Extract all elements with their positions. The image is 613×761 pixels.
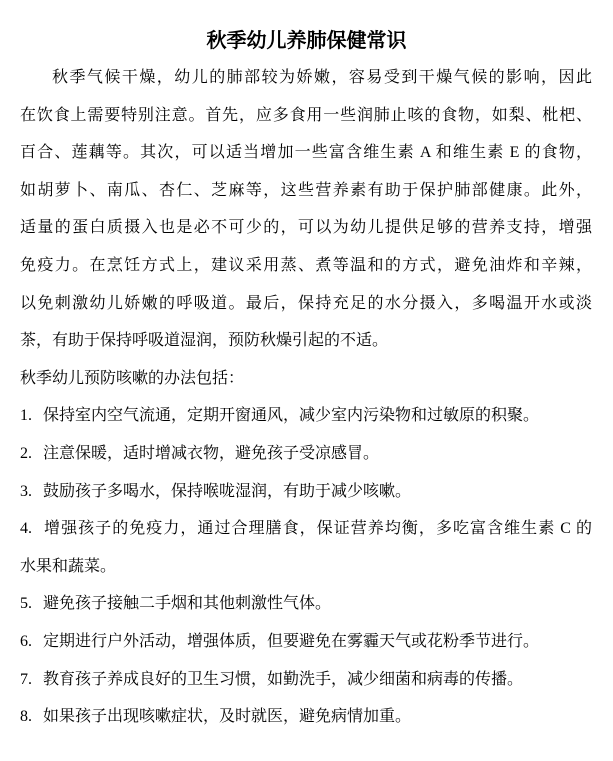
list-item: 2.注意保暖，适时增减衣物，避免孩子受凉感冒。: [20, 435, 592, 473]
list-item-text: 避免孩子接触二手烟和其他刺激性气体。: [43, 595, 331, 612]
list-item-text: 教育孩子养成良好的卫生习惯，如勤洗手，减少细菌和病毒的传播。: [43, 671, 523, 688]
list-item-number: 6.: [20, 623, 43, 661]
list-item-line: 4.增强孩子的免疫力，通过合理膳食，保证营养均衡，多吃富含维生素 C 的: [20, 510, 592, 548]
paragraph-line: 如胡萝卜、南瓜、杏仁、芝麻等，这些营养素有助于保护肺部健康。此外，: [20, 172, 592, 210]
list-item: 4.增强孩子的免疫力，通过合理膳食，保证营养均衡，多吃富含维生素 C 的 水果和…: [20, 510, 592, 585]
list-item: 3.鼓励孩子多喝水，保持喉咙湿润，有助于减少咳嗽。: [20, 473, 592, 511]
list-item: 5.避免孩子接触二手烟和其他刺激性气体。: [20, 585, 592, 623]
document-body: 秋季气候干燥，幼儿的肺部较为娇嫩，容易受到干燥气候的影响，因此 在饮食上需要特别…: [20, 59, 592, 736]
intro-paragraph: 秋季气候干燥，幼儿的肺部较为娇嫩，容易受到干燥气候的影响，因此 在饮食上需要特别…: [20, 59, 592, 360]
list-item-continuation: 水果和蔬菜。: [20, 548, 592, 586]
list-item-number: 3.: [20, 473, 43, 511]
list-item-number: 7.: [20, 661, 43, 699]
list-item-text: 定期进行户外活动，增强体质，但要避免在雾霾天气或花粉季节进行。: [43, 633, 539, 650]
list-item: 1.保持室内空气流通，定期开窗通风，减少室内污染物和过敏原的积聚。: [20, 397, 592, 435]
list-item-text: 注意保暖，适时增减衣物，避免孩子受凉感冒。: [43, 445, 379, 462]
document-page: 秋季幼儿养肺保健常识 秋季气候干燥，幼儿的肺部较为娇嫩，容易受到干燥气候的影响，…: [0, 0, 613, 761]
list-item-number: 4.: [20, 510, 43, 548]
list-item-text: 如果孩子出现咳嗽症状，及时就医，避免病情加重。: [43, 708, 411, 725]
list-item-number: 1.: [20, 397, 43, 435]
paragraph-line: 免疫力。在烹饪方式上，建议采用蒸、煮等温和的方式，避免油炸和辛辣，: [20, 247, 592, 285]
document-title: 秋季幼儿养肺保健常识: [0, 0, 613, 53]
list-item: 7.教育孩子养成良好的卫生习惯，如勤洗手，减少细菌和病毒的传播。: [20, 661, 592, 699]
list-item-number: 2.: [20, 435, 43, 473]
paragraph-line: 秋季气候干燥，幼儿的肺部较为娇嫩，容易受到干燥气候的影响，因此: [20, 59, 592, 97]
list-item-text: 保持室内空气流通，定期开窗通风，减少室内污染物和过敏原的积聚。: [43, 407, 539, 424]
list-item: 6.定期进行户外活动，增强体质，但要避免在雾霾天气或花粉季节进行。: [20, 623, 592, 661]
paragraph-line: 百合、莲藕等。其次，可以适当增加一些富含维生素 A 和维生素 E 的食物，: [20, 134, 592, 172]
paragraph-line: 适量的蛋白质摄入也是必不可少的，可以为幼儿提供足够的营养支持，增强: [20, 209, 592, 247]
paragraph-line: 茶，有助于保持呼吸道湿润，预防秋燥引起的不适。: [20, 322, 592, 360]
list-item-number: 5.: [20, 585, 43, 623]
tips-list: 1.保持室内空气流通，定期开窗通风，减少室内污染物和过敏原的积聚。 2.注意保暖…: [20, 397, 592, 735]
paragraph-line: 在饮食上需要特别注意。首先，应多食用一些润肺止咳的食物，如梨、枇杷、: [20, 97, 592, 135]
list-item-number: 8.: [20, 698, 43, 736]
paragraph-line: 以免刺激幼儿娇嫩的呼吸道。最后，保持充足的水分摄入，多喝温开水或淡: [20, 285, 592, 323]
list-item-text: 鼓励孩子多喝水，保持喉咙湿润，有助于减少咳嗽。: [43, 483, 411, 500]
list-item-text: 增强孩子的免疫力，通过合理膳食，保证营养均衡，多吃富含维生素 C 的: [43, 520, 592, 537]
list-item: 8.如果孩子出现咳嗽症状，及时就医，避免病情加重。: [20, 698, 592, 736]
list-heading: 秋季幼儿预防咳嗽的办法包括：: [20, 360, 592, 398]
